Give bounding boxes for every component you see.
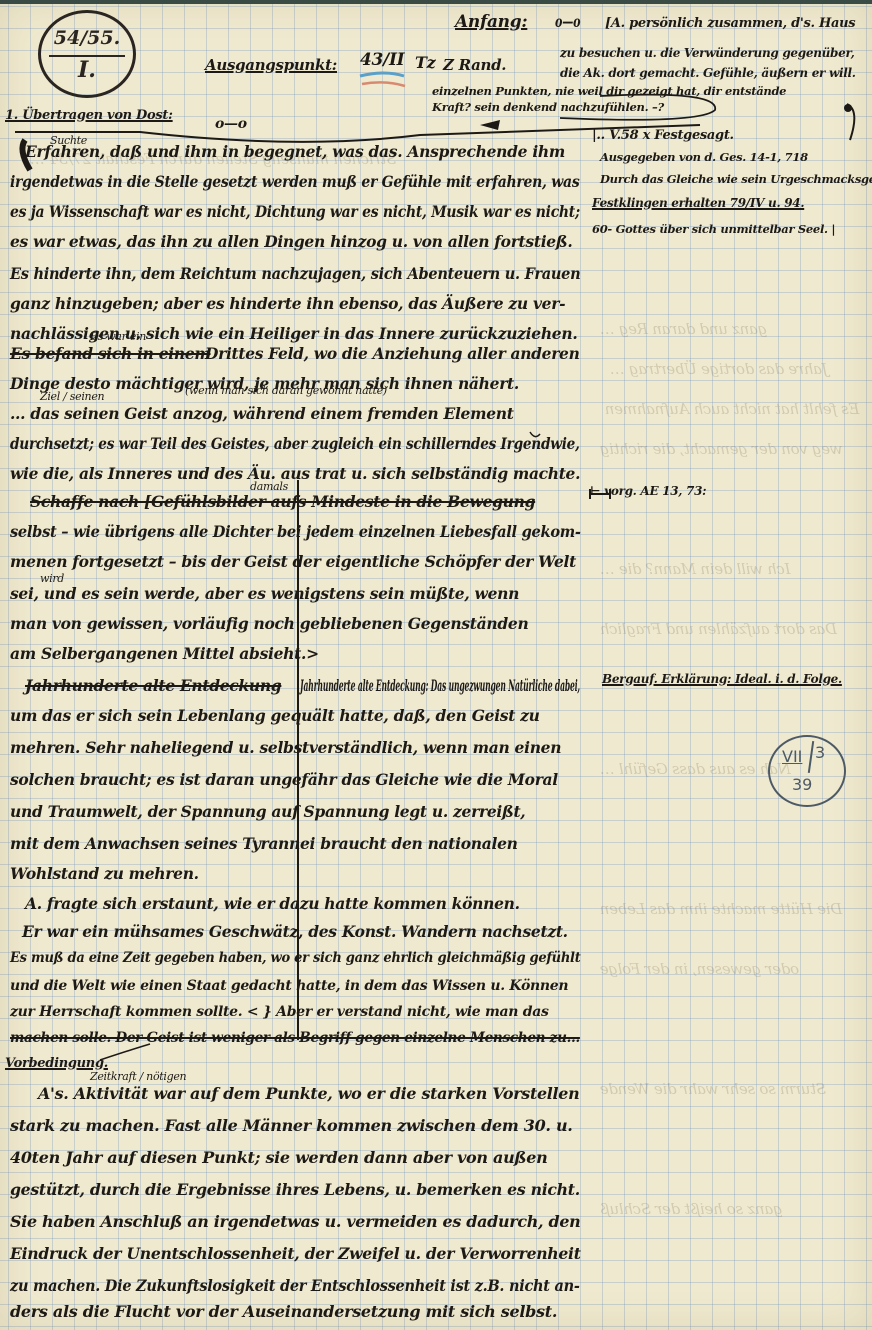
body-line: Eindruck der Unentschlossenheit, der Zwe… — [10, 1244, 581, 1263]
body-line: um das er sich sein Lebenlang gequält ha… — [10, 706, 540, 725]
margin-note-line: 60- Gottes über sich unmittelbar Seel. | — [592, 222, 835, 236]
body-line: Es muß da eine Zeit gegeben haben, wo er… — [10, 950, 580, 966]
body-line: Er war ein mühsames Geschwätz, des Konst… — [22, 922, 568, 941]
body-line: man von gewissen, vorläufig noch geblieb… — [10, 614, 528, 633]
parenthetical-insertion: (wenn man sich daran gewöhnt hatte) — [185, 384, 387, 397]
body-line: gestützt, durch die Ergebnisse ihres Leb… — [10, 1180, 580, 1199]
body-line: Es hinderte ihn, dem Reichtum nachzujage… — [10, 264, 580, 283]
stamp-page: 39 — [792, 775, 812, 794]
margin-note-lower: Bergauf. Erklärung: Ideal. i. d. Folge. — [602, 672, 842, 686]
body-line: Erfahren, daß und ihm in begegnet, was d… — [25, 142, 565, 161]
body-line: menen fortgesetzt – bis der Geist der ei… — [10, 552, 576, 571]
body-line: irgendetwas in die Stelle gesetzt werden… — [10, 172, 579, 191]
stamp-volume: VII — [782, 747, 802, 766]
body-line: wie die, als Inneres und des Äu. aus tra… — [10, 464, 580, 483]
struck-text: Es befand sich in einem — [10, 344, 211, 363]
body-line: Sie haben Anschluß an irgendetwas u. ver… — [10, 1212, 580, 1231]
body-line: … das seinen Geist anzog, während einem … — [10, 404, 514, 423]
body-line: A's. Aktivität war auf dem Punkte, wo er… — [38, 1084, 579, 1103]
margin-note-middle: ⊢ vorg. AE 13, 73: — [590, 484, 706, 498]
body-line: Drittes Feld, wo die Anziehung aller and… — [205, 344, 580, 363]
margin-note-line: Festklingen erhalten 79/IV u. 94. — [592, 196, 804, 210]
body-line: zu machen. Die Zukunftslosigkeit der Ent… — [10, 1276, 580, 1295]
insertion-above: Zeitkraft / nötigen — [90, 1070, 186, 1083]
body-line: mit dem Anwachsen seines Tyrannei brauch… — [10, 834, 518, 853]
insertion-above: Es war ein — [90, 330, 146, 343]
margin-note-line: Durch das Gleiche wie sein Urgeschmacksg… — [600, 172, 872, 186]
body-line: Jahrhunderte alte Entdeckung: Das ungezw… — [300, 676, 580, 695]
body-line: durchsetzt; es war Teil des Geistes, abe… — [10, 434, 580, 453]
struck-text: Jahrhunderte alte Entdeckung — [25, 676, 281, 695]
body-line: zur Herrschaft kommen sollte. < } Aber e… — [10, 1004, 549, 1020]
body-line: Wohlstand zu mehren. — [10, 864, 199, 883]
body-line: 40ten Jahr auf diesen Punkt; sie werden … — [10, 1148, 548, 1167]
body-line: am Selbergangenen Mittel absieht.> — [10, 644, 319, 663]
manuscript-page: Strichen mühselig Stellen durch Festhalt… — [0, 0, 872, 1330]
body-line: Vorbedingung. — [5, 1056, 108, 1071]
body-line: stark zu machen. Fast alle Männer kommen… — [10, 1116, 573, 1135]
body-line: mehren. Sehr naheliegend u. selbstverstä… — [10, 738, 561, 757]
stamp-slash — [808, 741, 814, 773]
body-line: A. fragte sich erstaunt, wie er dazu hat… — [25, 894, 520, 913]
body-line: machen solle. Der Geist ist weniger als … — [10, 1030, 580, 1046]
body-line-struck: Schaffe nach [Gefühlsbilder aufs Mindest… — [30, 492, 535, 511]
body-line: selbst – wie übrigens alle Dichter bei j… — [10, 522, 581, 541]
margin-note-line: Ausgegeben von d. Ges. 14-1, 718 — [600, 150, 808, 164]
body-line: sei, und es sein werde, aber es wenigste… — [10, 584, 519, 603]
body-line: es war etwas, das ihn zu allen Dingen hi… — [10, 232, 572, 251]
body-line: ders als die Flucht vor der Auseinanders… — [10, 1302, 557, 1321]
body-line: solchen braucht; es ist daran ungefähr d… — [10, 770, 558, 789]
body-line: und Traumwelt, der Spannung auf Spannung… — [10, 802, 525, 821]
body-line: und die Welt wie einen Staat gedacht hat… — [10, 978, 568, 994]
body-line: es ja Wissenschaft war es nicht, Dichtun… — [10, 202, 580, 221]
stamp-section: 3 — [815, 743, 825, 762]
archive-stamp: VII 3 39 — [768, 735, 846, 807]
insertion-above: Ziel / seinen — [40, 390, 104, 403]
body-line: ganz hinzugeben; aber es hinderte ihn eb… — [10, 294, 565, 313]
margin-note-line: |.. V.58 x Festgesagt. — [592, 128, 734, 143]
